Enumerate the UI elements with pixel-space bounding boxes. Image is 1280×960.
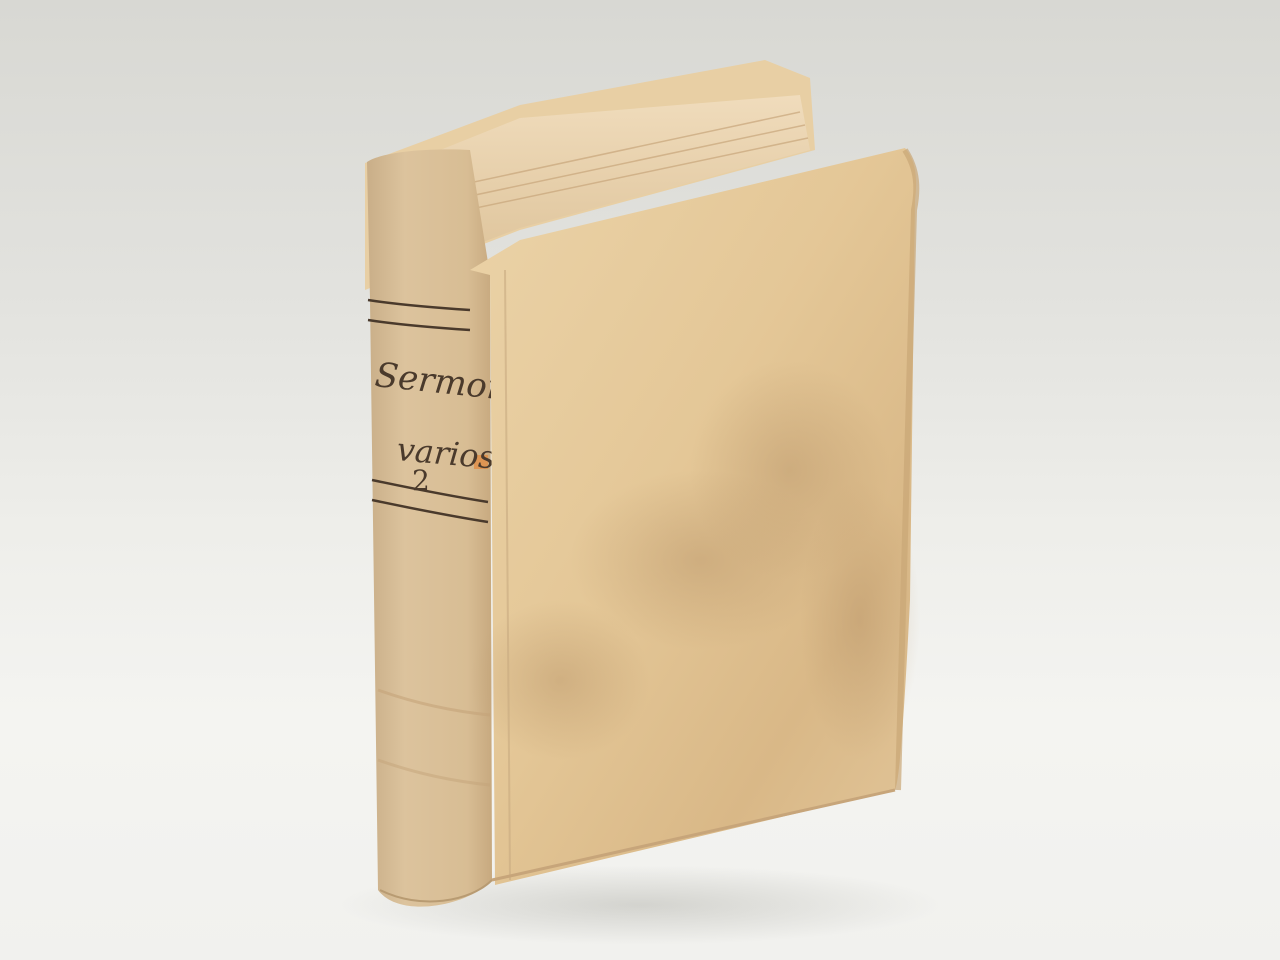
photo-scene: Sermon varios 2: [0, 0, 1280, 960]
book-spine: [367, 149, 492, 906]
book-front-cover: [470, 148, 920, 885]
book-illustration: Sermon varios 2: [0, 0, 1280, 960]
spine-label-line3: 2: [412, 464, 430, 497]
